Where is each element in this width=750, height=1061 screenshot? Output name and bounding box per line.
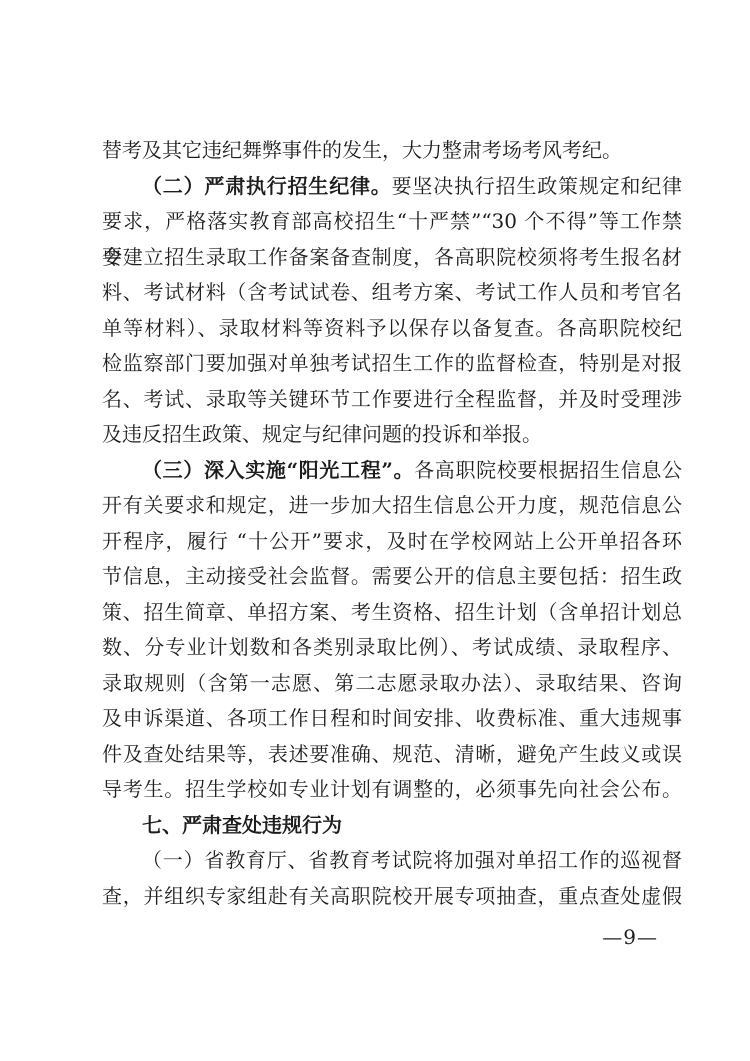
- text-line: 要建立招生录取工作备案备查制度，各高职院校须将考生报名材: [102, 240, 682, 276]
- text-run: 导考生。招生学校如专业计划有调整的，必须事先向社会公布。: [102, 777, 682, 801]
- text-run: 名、考试、录取等关键环节工作要进行全程监督，并及时受理涉: [102, 387, 682, 411]
- text-run: 查，并组织专家组赴有关高职院校开展专项抽查，重点查处虚假: [102, 884, 682, 908]
- text-run: （一）省教育厅、省教育考试院将加强对单招工作的巡视督: [142, 848, 682, 872]
- text-run: 节信息，主动接受社会监督。需要公开的信息主要包括：招生政: [102, 564, 682, 588]
- text-line: 策、招生简章、单招方案、考生资格、招生计划（含单招计划总: [102, 595, 682, 631]
- text-line: 开有关要求和规定，进一步加大招生信息公开力度，规范信息公: [102, 488, 682, 524]
- text-line: 及申诉渠道、各项工作日程和时间安排、收费标准、重大违规事: [102, 701, 682, 737]
- bold-text-run: 七、严肃查处违规行为: [142, 813, 342, 837]
- document-body: 替考及其它违纪舞弊事件的发生，大力整肃考场考风考纪。（二）严肃执行招生纪律。要坚…: [102, 133, 682, 914]
- text-run: 单等材料）、录取材料等资料予以保存以备复查。各高职院校纪: [102, 316, 682, 340]
- text-run: 及申诉渠道、各项工作日程和时间安排、收费标准、重大违规事: [102, 706, 682, 730]
- text-line: 名、考试、录取等关键环节工作要进行全程监督，并及时受理涉: [102, 382, 682, 418]
- text-line: 七、严肃查处违规行为: [102, 808, 682, 844]
- text-line: 开程序，履行 “十公开”要求，及时在学校网站上公开单招各环: [102, 524, 682, 560]
- text-line: 要求，严格落实教育部高校招生“十严禁”“30 个不得”等工作禁令。: [102, 204, 682, 240]
- text-run: 数、分专业计划数和各类别录取比例）、考试成绩、录取程序、: [102, 635, 682, 659]
- text-line: 单等材料）、录取材料等资料予以保存以备复查。各高职院校纪: [102, 311, 682, 347]
- text-line: 检监察部门要加强对单独考试招生工作的监督检查，特别是对报: [102, 346, 682, 382]
- text-line: 录取规则（含第一志愿、第二志愿录取办法）、录取结果、咨询: [102, 666, 682, 702]
- text-line: 替考及其它违纪舞弊事件的发生，大力整肃考场考风考纪。: [102, 133, 682, 169]
- text-run: 替考及其它违纪舞弊事件的发生，大力整肃考场考风考纪。: [102, 138, 622, 162]
- text-run: 及违反招生政策、规定与纪律问题的投诉和举报。: [102, 422, 542, 446]
- text-run: 录取规则（含第一志愿、第二志愿录取办法）、录取结果、咨询: [102, 671, 682, 695]
- text-line: 及违反招生政策、规定与纪律问题的投诉和举报。: [102, 417, 682, 453]
- text-run: 策、招生简章、单招方案、考生资格、招生计划（含单招计划总: [102, 600, 682, 624]
- text-line: （一）省教育厅、省教育考试院将加强对单招工作的巡视督: [102, 843, 682, 879]
- bold-text-run: （二）严肃执行招生纪律。: [142, 174, 392, 198]
- text-run: 要建立招生录取工作备案备查制度，各高职院校须将考生报名材: [102, 245, 682, 269]
- text-line: 节信息，主动接受社会监督。需要公开的信息主要包括：招生政: [102, 559, 682, 595]
- text-line: （三）深入实施“阳光工程”。各高职院校要根据招生信息公: [102, 453, 682, 489]
- text-run: 各高职院校要根据招生信息公: [414, 458, 682, 482]
- text-run: 开有关要求和规定，进一步加大招生信息公开力度，规范信息公: [102, 493, 682, 517]
- text-run: 开程序，履行 “十公开”要求，及时在学校网站上公开单招各环: [102, 529, 682, 553]
- bold-text-run: （三）深入实施“阳光工程”。: [142, 458, 414, 482]
- text-line: （二）严肃执行招生纪律。要坚决执行招生政策规定和纪律: [102, 169, 682, 205]
- document-page: 替考及其它违纪舞弊事件的发生，大力整肃考场考风考纪。（二）严肃执行招生纪律。要坚…: [0, 0, 750, 1061]
- text-line: 料、考试材料（含考试试卷、组考方案、考试工作人员和考官名: [102, 275, 682, 311]
- text-run: 检监察部门要加强对单独考试招生工作的监督检查，特别是对报: [102, 351, 682, 375]
- text-line: 数、分专业计划数和各类别录取比例）、考试成绩、录取程序、: [102, 630, 682, 666]
- page-number: —9—: [602, 925, 658, 949]
- text-run: 要坚决执行招生政策规定和纪律: [392, 174, 682, 198]
- text-run: 件及查处结果等，表述要准确、规范、清晰，避免产生歧义或误: [102, 742, 682, 766]
- text-line: 导考生。招生学校如专业计划有调整的，必须事先向社会公布。: [102, 772, 682, 808]
- text-line: 件及查处结果等，表述要准确、规范、清晰，避免产生歧义或误: [102, 737, 682, 773]
- text-line: 查，并组织专家组赴有关高职院校开展专项抽查，重点查处虚假: [102, 879, 682, 915]
- text-run: 料、考试材料（含考试试卷、组考方案、考试工作人员和考官名: [102, 280, 682, 304]
